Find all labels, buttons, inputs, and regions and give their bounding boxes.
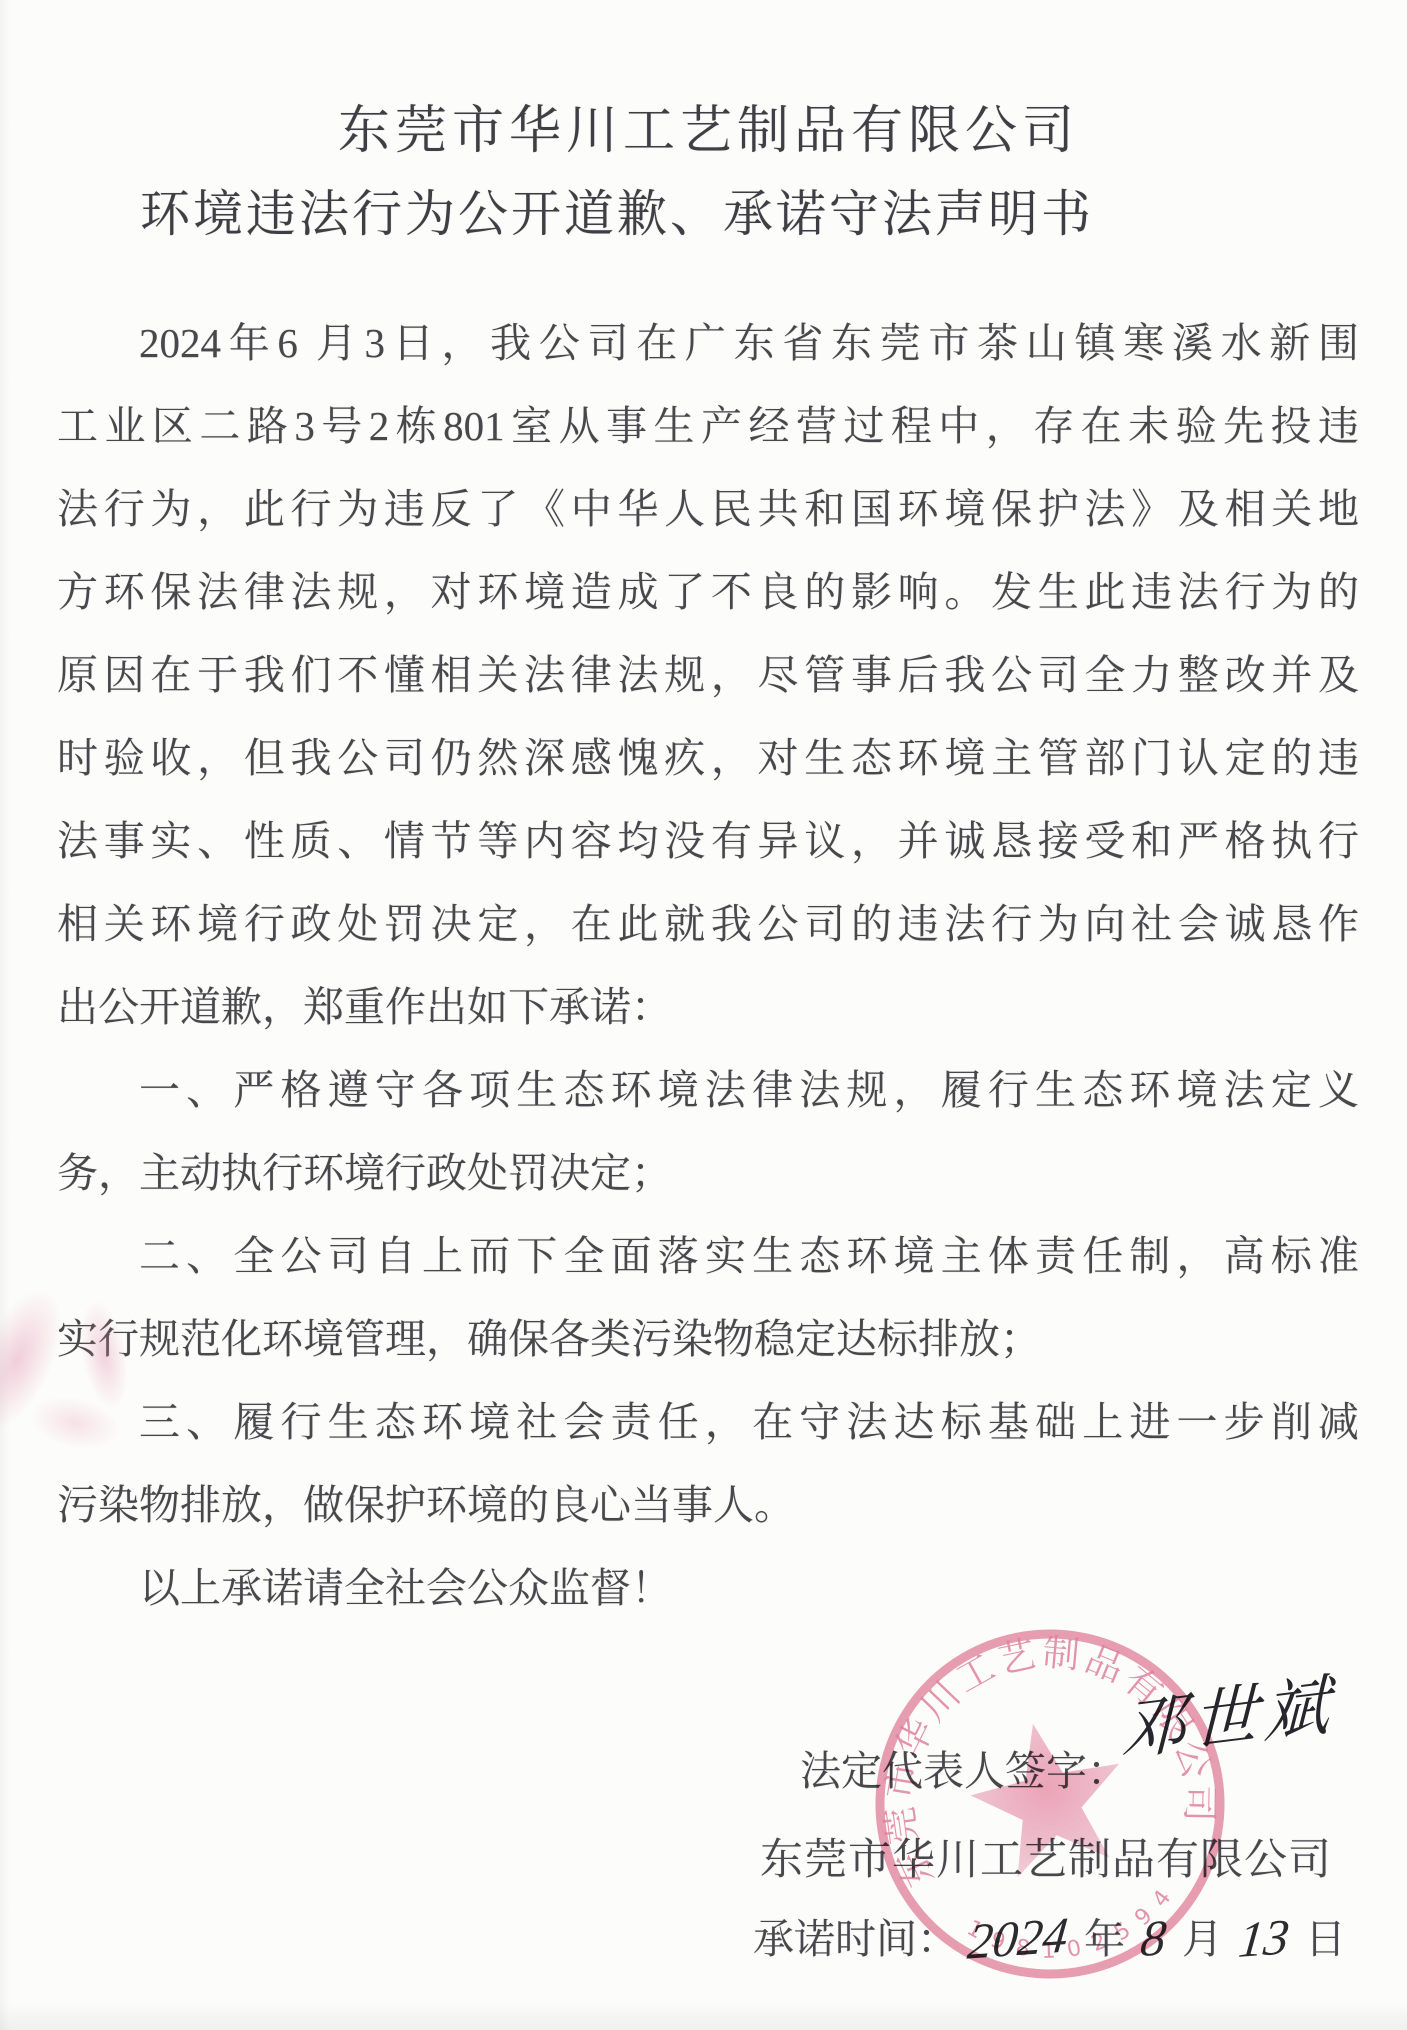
commitment-item-3-line: 三、履行生态环境社会责任，在守法达标基础上进一步削减 bbox=[57, 1381, 1359, 1464]
body-line: 相关环境行政处罚决定，在此就我公司的违法行为向社会诚恳作 bbox=[57, 883, 1359, 966]
commitment-item-2-line: 二、全公司自上而下全面落实生态环境主体责任制，高标准 bbox=[57, 1215, 1359, 1298]
commitment-item-2-line: 实行规范化环境管理，确保各类污染物稳定达标排放； bbox=[57, 1298, 1359, 1381]
handwritten-year: 2024 bbox=[965, 1905, 1071, 1971]
commitment-item-1-line: 务，主动执行环境行政处罚决定； bbox=[57, 1132, 1359, 1215]
body-line: 原因在于我们不懂相关法律法规，尽管事后我公司全力整改并及 bbox=[57, 634, 1359, 717]
month-unit: 月 bbox=[1182, 1916, 1223, 1962]
body-line: 时验收，但我公司仍然深感愧疚，对生态环境主管部门认定的违 bbox=[57, 717, 1359, 800]
legal-representative-signature-label: 法定代表人签字： bbox=[800, 1738, 1128, 1797]
document-title-statement: 环境违法行为公开道歉、承诺守法声明书 bbox=[140, 174, 1094, 246]
statement-body: 2024年6 月3日，我公司在广东省东莞市茶山镇寒溪水新围 工业区二路3号2栋8… bbox=[57, 302, 1359, 1630]
body-line: 工业区二路3号2栋801室从事生产经营过程中，存在未验先投违 bbox=[57, 385, 1359, 468]
body-line: 法事实、性质、情节等内容均没有异议，并诚恳接受和严格执行 bbox=[57, 800, 1359, 883]
body-line: 方环保法律法规，对环境造成了不良的影响。发生此违法行为的 bbox=[57, 551, 1359, 634]
body-line: 法行为，此行为违反了《中华人民共和国环境保护法》及相关地 bbox=[57, 468, 1359, 551]
commitment-date-line: 承诺时间：2024年8月13日 bbox=[753, 1906, 1352, 1967]
commitment-date-label: 承诺时间： bbox=[753, 1916, 958, 1962]
supervision-appeal-line: 以上承诺请全社会公众监督！ bbox=[57, 1547, 1359, 1630]
year-unit: 年 bbox=[1084, 1916, 1125, 1962]
signature-company-name: 东莞市华川工艺制品有限公司 bbox=[760, 1826, 1332, 1887]
body-line: 出公开道歉，郑重作出如下承诺： bbox=[57, 966, 1359, 1049]
scan-edge-shadow bbox=[0, 0, 10, 2030]
commitment-item-3-line: 污染物排放，做保护环境的良心当事人。 bbox=[57, 1464, 1359, 1547]
scan-edge-shadow bbox=[0, 2002, 1407, 2030]
day-unit: 日 bbox=[1305, 1916, 1346, 1962]
handwritten-month: 8 bbox=[1138, 1908, 1169, 1968]
body-line: 2024年6 月3日，我公司在广东省东莞市茶山镇寒溪水新围 bbox=[57, 302, 1359, 385]
document-title-company: 东莞市华川工艺制品有限公司 bbox=[338, 88, 1079, 163]
commitment-item-1-line: 一、严格遵守各项生态环境法律法规，履行生态环境法定义 bbox=[57, 1049, 1359, 1132]
handwritten-day: 13 bbox=[1236, 1907, 1292, 1969]
scanned-statement-document: 东莞市华川工艺制品有限公司 环境违法行为公开道歉、承诺守法声明书 2024年6 … bbox=[0, 0, 1407, 2030]
handwritten-signature: 邓世斌 bbox=[1120, 1651, 1336, 1773]
